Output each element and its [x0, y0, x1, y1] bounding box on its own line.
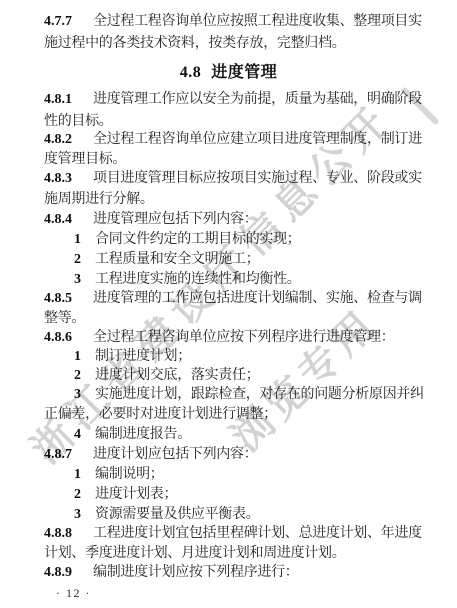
continuation-line: 施过程中的各类技术资料，按类存放，完整归档。: [44, 35, 345, 52]
page-number: · 12 ·: [56, 586, 91, 601]
clause-number: 4.8.5: [44, 290, 93, 307]
clause-text: 工程质量和安全文明施工；: [95, 252, 259, 267]
section-heading-title: 进度管理: [211, 64, 277, 81]
list-item-line: 2工程质量和安全文明施工；: [74, 251, 259, 268]
clause-text: 施周期进行分解。: [44, 192, 154, 207]
clause-line: 4.8.6全过程工程咨询单位应按下列程序进行进度管理：: [44, 329, 394, 346]
continuation-line: 正偏差，必要时对进度计划进行调整；: [44, 406, 277, 423]
list-item-line: 3工程进度实施的连续性和均衡性。: [74, 271, 301, 288]
item-number: 1: [74, 466, 95, 483]
clause-line: 4.8.9编制进度计划应按下列程序进行：: [44, 564, 299, 581]
clause-text: 整等。: [44, 311, 85, 326]
item-number: 2: [74, 486, 95, 503]
continuation-line: 度管理目标。: [44, 151, 126, 168]
clause-number: 4.8.8: [44, 525, 93, 542]
clause-text: 施过程中的各类技术资料，按类存放，完整归档。: [44, 36, 345, 51]
clause-text: 项目进度管理目标应按项目实施过程、专业、阶段或实: [93, 171, 422, 186]
clause-number: 4.8.4: [44, 211, 93, 228]
clause-text: 编制进度计划应按下列程序进行：: [93, 565, 299, 580]
clause-number: 4.7.7: [44, 13, 93, 30]
list-item-line: 1制订进度计划；: [74, 348, 191, 365]
clause-line: 4.8.7进度计划应包括下列内容：: [44, 446, 257, 463]
section-heading-number: 4.8: [180, 64, 202, 81]
clause-text: 资源需要量及供应平衡表。: [95, 507, 259, 522]
item-number: 1: [74, 348, 95, 365]
clause-text: 工程进度计划宜包括里程碑计划、总进度计划、年进度: [93, 526, 422, 541]
body-text-layer: 4.7.7全过程工程咨询单位应按照工程进度收集、整理项目实施过程中的各类技术资料…: [0, 0, 457, 608]
clause-text: 进度计划应包括下列内容：: [93, 447, 257, 462]
item-number: 2: [74, 367, 95, 384]
item-number: 2: [74, 251, 95, 268]
item-number: 3: [74, 506, 95, 523]
clause-line: 4.8.1进度管理工作应以安全为前提，质量为基础，明确阶段: [44, 91, 422, 108]
continuation-line: 施周期进行分解。: [44, 191, 154, 208]
clause-line: 4.8.3项目进度管理目标应按项目实施过程、专业、阶段或实: [44, 170, 422, 187]
item-number: 3: [74, 271, 95, 288]
clause-text: 进度计划表；: [95, 487, 177, 502]
clause-number: 4.8.1: [44, 91, 93, 108]
clause-text: 计划、季度进度计划、月进度计划和周进度计划。: [44, 546, 345, 561]
clause-number: 4.8.3: [44, 170, 93, 187]
clause-text: 编制说明；: [95, 467, 164, 482]
continuation-line: 整等。: [44, 310, 85, 327]
clause-text: 进度计划交底，落实责任；: [95, 368, 259, 383]
clause-text: 全过程工程咨询单位应按照工程进度收集、整理项目实: [93, 14, 422, 29]
clause-number: 4.8.7: [44, 446, 93, 463]
clause-text: 全过程工程咨询单位应按下列程序进行进度管理：: [93, 330, 394, 345]
clause-text: 合同文件约定的工期目标的实现；: [95, 232, 301, 247]
continuation-line: 性的目标。: [44, 113, 113, 130]
clause-text: 正偏差，必要时对进度计划进行调整；: [44, 407, 277, 422]
clause-line: 4.8.5进度管理的工作应包括进度计划编制、实施、检查与调: [44, 290, 422, 307]
clause-number: 4.8.6: [44, 329, 93, 346]
clause-text: 工程进度实施的连续性和均衡性。: [95, 272, 301, 287]
clause-text: 制订进度计划；: [95, 349, 191, 364]
list-item-line: 2进度计划表；: [74, 486, 177, 503]
section-heading: 4.8进度管理: [0, 64, 457, 82]
clause-number: 4.8.9: [44, 564, 93, 581]
item-number: 1: [74, 231, 95, 248]
clause-text: 进度管理应包括下列内容：: [93, 212, 257, 227]
clause-text: 进度管理的工作应包括进度计划编制、实施、检查与调: [93, 291, 422, 306]
list-item-line: 4编制进度报告。: [74, 426, 191, 443]
item-number: 4: [74, 426, 95, 443]
clause-text: 度管理目标。: [44, 152, 126, 167]
list-item-line: 1编制说明；: [74, 466, 164, 483]
clause-text: 编制进度报告。: [95, 427, 191, 442]
clause-text: 进度管理工作应以安全为前提，质量为基础，明确阶段: [93, 92, 422, 107]
item-number: 3: [74, 386, 95, 403]
clause-line: 4.8.4进度管理应包括下列内容：: [44, 211, 257, 228]
clause-number: 4.8.2: [44, 131, 93, 148]
list-item-line: 1合同文件约定的工期目标的实现；: [74, 231, 301, 248]
clause-line: 4.8.2全过程工程咨询单位应建立项目进度管理制度，制订进: [44, 131, 422, 148]
list-item-line: 3资源需要量及供应平衡表。: [74, 506, 259, 523]
clause-text: 实施进度计划，跟踪检查，对存在的问题分析原因并纠: [95, 387, 424, 402]
clause-text: 全过程工程咨询单位应建立项目进度管理制度，制订进: [93, 132, 422, 147]
continuation-line: 计划、季度进度计划、月进度计划和周进度计划。: [44, 545, 345, 562]
clause-text: 性的目标。: [44, 114, 113, 129]
list-item-line: 3实施进度计划，跟踪检查，对存在的问题分析原因并纠: [74, 386, 424, 403]
document-page: 浙江省建设厅信息公开 浏览专用 4.7.7全过程工程咨询单位应按照工程进度收集、…: [0, 0, 457, 608]
list-item-line: 2进度计划交底，落实责任；: [74, 367, 259, 384]
clause-line: 4.8.8工程进度计划宜包括里程碑计划、总进度计划、年进度: [44, 525, 422, 542]
clause-line: 4.7.7全过程工程咨询单位应按照工程进度收集、整理项目实: [44, 13, 422, 30]
